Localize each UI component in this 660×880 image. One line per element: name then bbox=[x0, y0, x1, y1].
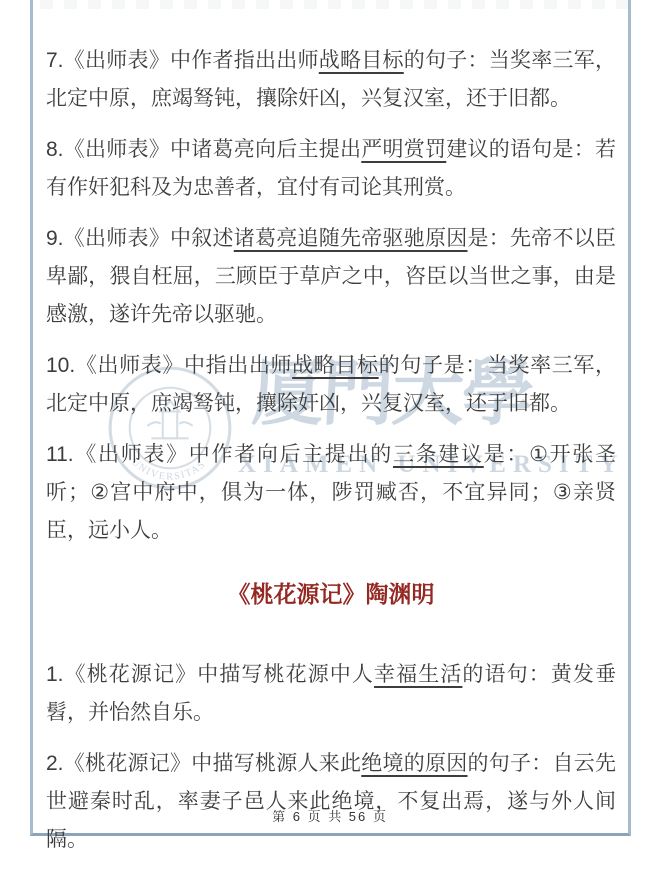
question-text: 11.《出师表》中作者向后主提出的 bbox=[46, 443, 393, 466]
page-top-cutoff-texture bbox=[40, 0, 630, 9]
underlined-keyphrase: 三条建议 bbox=[393, 443, 484, 466]
underlined-keyphrase: 战略目标 bbox=[292, 354, 379, 377]
question-text: 9.《出师表》中叙述 bbox=[46, 227, 234, 250]
question-item-11: 11.《出师表》中作者向后主提出的三条建议是：①开张圣听；②宫中府中，俱为一体，… bbox=[46, 436, 616, 550]
question-item-8: 8.《出师表》中诸葛亮向后主提出严明赏罚建议的语句是：若有作奸犯科及为忠善者，宜… bbox=[46, 131, 616, 207]
underlined-keyphrase: 绝境的原因 bbox=[361, 752, 467, 775]
section-heading-taohuayuanji: 《桃花源记》陶渊明 bbox=[46, 578, 616, 610]
underlined-keyphrase: 诸葛亮追随先帝驱驰原因 bbox=[234, 227, 468, 250]
underlined-keyphrase: 战略目标 bbox=[319, 49, 404, 72]
question-item-9: 9.《出师表》中叙述诸葛亮追随先帝驱驰原因是：先帝不以臣卑鄙，猥自枉屈，三顾臣于… bbox=[46, 220, 616, 334]
page-number: 第 6 页 共 56 页 bbox=[0, 806, 660, 825]
question-text: 1.《桃花源记》中描写桃花源中人 bbox=[46, 663, 374, 686]
question-text: 10.《出师表》中指出出师 bbox=[46, 354, 292, 377]
document-body: 7.《出师表》中作者指出出师战略目标的句子：当奖率三军，北定中原，庶竭驽钝，攘除… bbox=[46, 42, 616, 872]
question-text: 8.《出师表》中诸葛亮向后主提出 bbox=[46, 138, 361, 161]
question-item-2: 2.《桃花源记》中描写桃源人来此绝境的原因的句子：自云先世避秦时乱，率妻子邑人来… bbox=[46, 745, 616, 859]
question-item-7: 7.《出师表》中作者指出出师战略目标的句子：当奖率三军，北定中原，庶竭驽钝，攘除… bbox=[46, 42, 616, 118]
question-item-1: 1.《桃花源记》中描写桃花源中人幸福生活的语句：黄发垂髫，并怡然自乐。 bbox=[46, 656, 616, 732]
question-text: 2.《桃花源记》中描写桃源人来此 bbox=[46, 752, 361, 775]
question-item-10: 10.《出师表》中指出出师战略目标的句子是：当奖率三军，北定中原，庶竭驽钝，攘除… bbox=[46, 347, 616, 423]
underlined-keyphrase: 严明赏罚 bbox=[361, 138, 446, 161]
question-text: 7.《出师表》中作者指出出师 bbox=[46, 49, 319, 72]
underlined-keyphrase: 幸福生活 bbox=[374, 663, 462, 686]
